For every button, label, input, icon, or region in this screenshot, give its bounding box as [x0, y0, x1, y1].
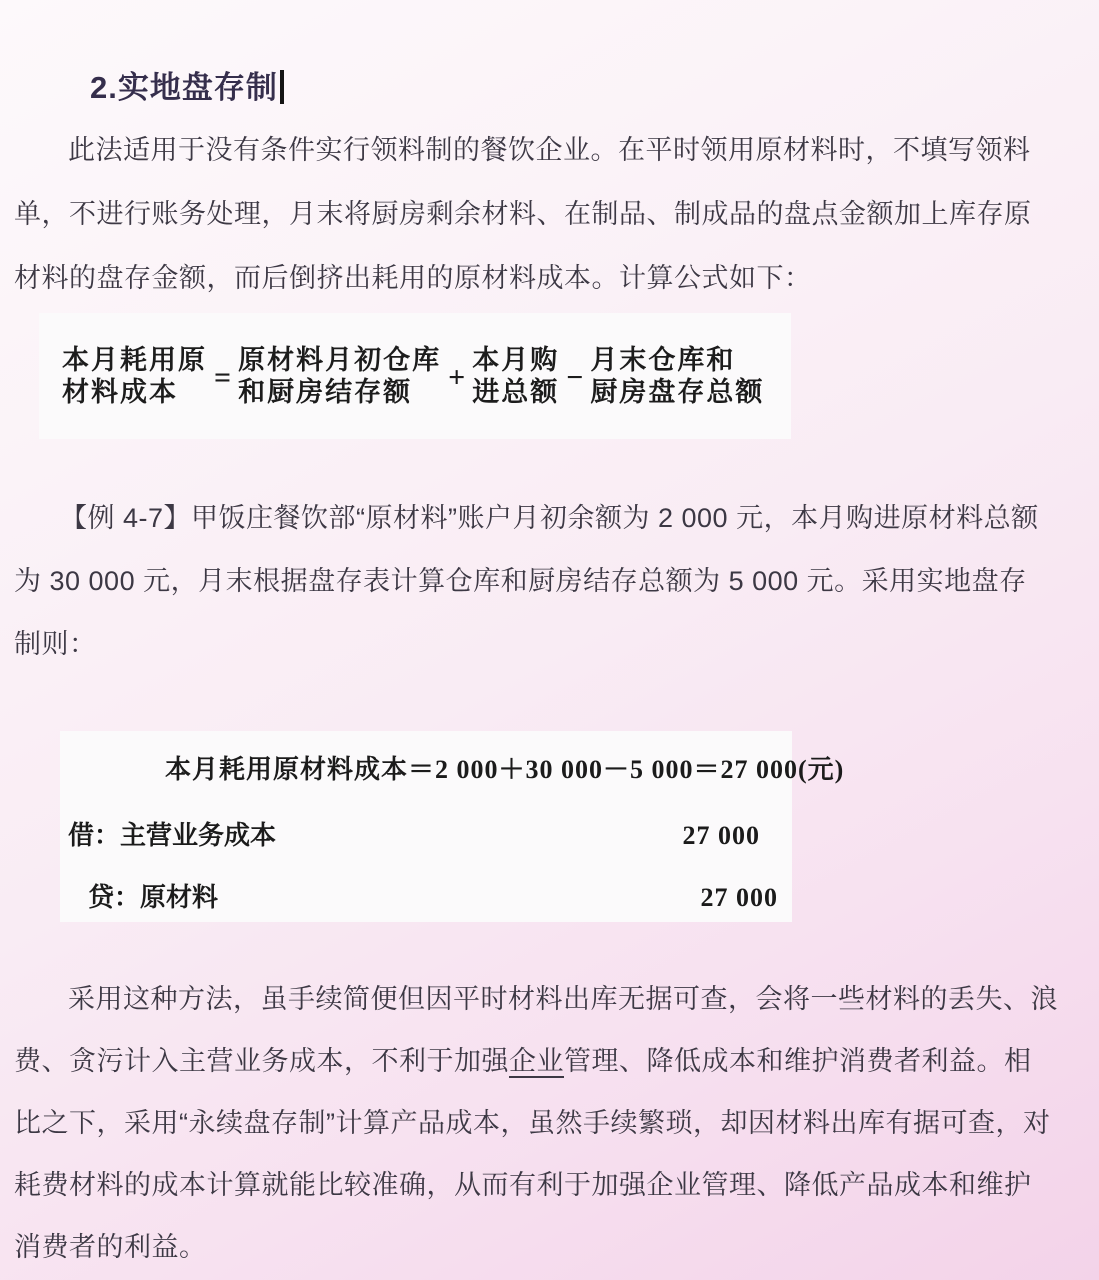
- underlined-text: 企业: [509, 1046, 564, 1078]
- text-line: 采用这种方法，虽手续简便但因平时材料出库无据可查，会将一些材料的丢失、浪: [14, 968, 1084, 1030]
- entry-amount: 27 000: [701, 883, 779, 913]
- journal-debit-row: 借：主营业务成本 27 000: [68, 821, 760, 851]
- formula-text: 进总额: [472, 376, 559, 408]
- calculation-line: 本月耗用原材料成本＝2 000＋30 000－5 000＝27 000(元): [165, 755, 792, 785]
- formula-text: 材料成本: [62, 376, 207, 408]
- text-line: 消费者的利益。: [14, 1216, 1084, 1278]
- text-segment: 管理、降低成本和维护消费者利益。相: [564, 1046, 1032, 1076]
- equals-sign: =: [207, 361, 238, 395]
- intro-paragraph: 此法适用于没有条件实行领料制的餐饮企业。在平时领用原材料时，不填写领料 单，不进…: [14, 118, 1084, 310]
- formula-purchases-term: 本月购 进总额: [472, 344, 559, 408]
- formula-result-term: 本月耗用原 材料成本: [62, 344, 207, 408]
- text-line: 材料的盘存金额，而后倒挤出耗用的原材料成本。计算公式如下：: [14, 246, 1084, 310]
- entry-amount: 27 000: [683, 821, 761, 851]
- example-paragraph: 【例 4-7】甲饭庄餐饮部“原材料”账户月初余额为 2 000 元，本月购进原材…: [14, 487, 1084, 676]
- formula-text: 本月耗用原: [62, 344, 207, 376]
- text-line: 耗费材料的成本计算就能比较准确，从而有利于加强企业管理、降低产品成本和维护: [14, 1154, 1084, 1216]
- formula-text: 厨房盘存总额: [590, 376, 764, 408]
- formula-text: 本月购: [472, 344, 559, 376]
- journal-credit-row: 贷：原材料 27 000: [88, 883, 778, 913]
- text-line: 单，不进行账务处理，月末将厨房剩余材料、在制品、制成品的盘点金额加上库存原: [14, 182, 1084, 246]
- document-page: 2.实地盘存制 此法适用于没有条件实行领料制的餐饮企业。在平时领用原材料时，不填…: [0, 0, 1099, 1280]
- plus-sign: +: [441, 361, 472, 395]
- section-heading: 2.实地盘存制: [90, 62, 284, 107]
- text-cursor: [280, 70, 284, 104]
- formula-opening-balance-term: 原材料月初仓库 和厨房结存额: [238, 344, 441, 408]
- cost-formula: 本月耗用原 材料成本 = 原材料月初仓库 和厨房结存额 + 本月购 进总额 − …: [39, 313, 791, 439]
- text-segment: 费、贪污计入主营业务成本，不利于加强: [14, 1046, 509, 1076]
- entry-label: 借：主营业务成本: [68, 821, 276, 851]
- section-heading-text: 2.实地盘存制: [90, 70, 278, 105]
- text-line: 【例 4-7】甲饭庄餐饮部“原材料”账户月初余额为 2 000 元，本月购进原材…: [14, 487, 1084, 550]
- journal-entry-image: 本月耗用原材料成本＝2 000＋30 000－5 000＝27 000(元) 借…: [60, 731, 792, 922]
- formula-text: 原材料月初仓库: [238, 344, 441, 376]
- minus-sign: −: [559, 361, 590, 395]
- text-line: 制则：: [14, 613, 1084, 676]
- entry-label: 贷：原材料: [88, 883, 218, 913]
- text-line: 比之下，采用“永续盘存制”计算产品成本，虽然手续繁琐，却因材料出库有据可查，对: [14, 1092, 1084, 1154]
- closing-paragraph: 采用这种方法，虽手续简便但因平时材料出库无据可查，会将一些材料的丢失、浪 费、贪…: [14, 968, 1084, 1278]
- text-line: 费、贪污计入主营业务成本，不利于加强企业管理、降低成本和维护消费者利益。相: [14, 1030, 1084, 1092]
- text-line: 为 30 000 元，月末根据盘存表计算仓库和厨房结存总额为 5 000 元。采…: [14, 550, 1084, 613]
- formula-ending-balance-term: 月末仓库和 厨房盘存总额: [590, 344, 764, 408]
- formula-image: 本月耗用原 材料成本 = 原材料月初仓库 和厨房结存额 + 本月购 进总额 − …: [39, 313, 791, 439]
- formula-text: 月末仓库和: [590, 344, 764, 376]
- text-line: 此法适用于没有条件实行领料制的餐饮企业。在平时领用原材料时，不填写领料: [14, 118, 1084, 182]
- formula-text: 和厨房结存额: [238, 376, 441, 408]
